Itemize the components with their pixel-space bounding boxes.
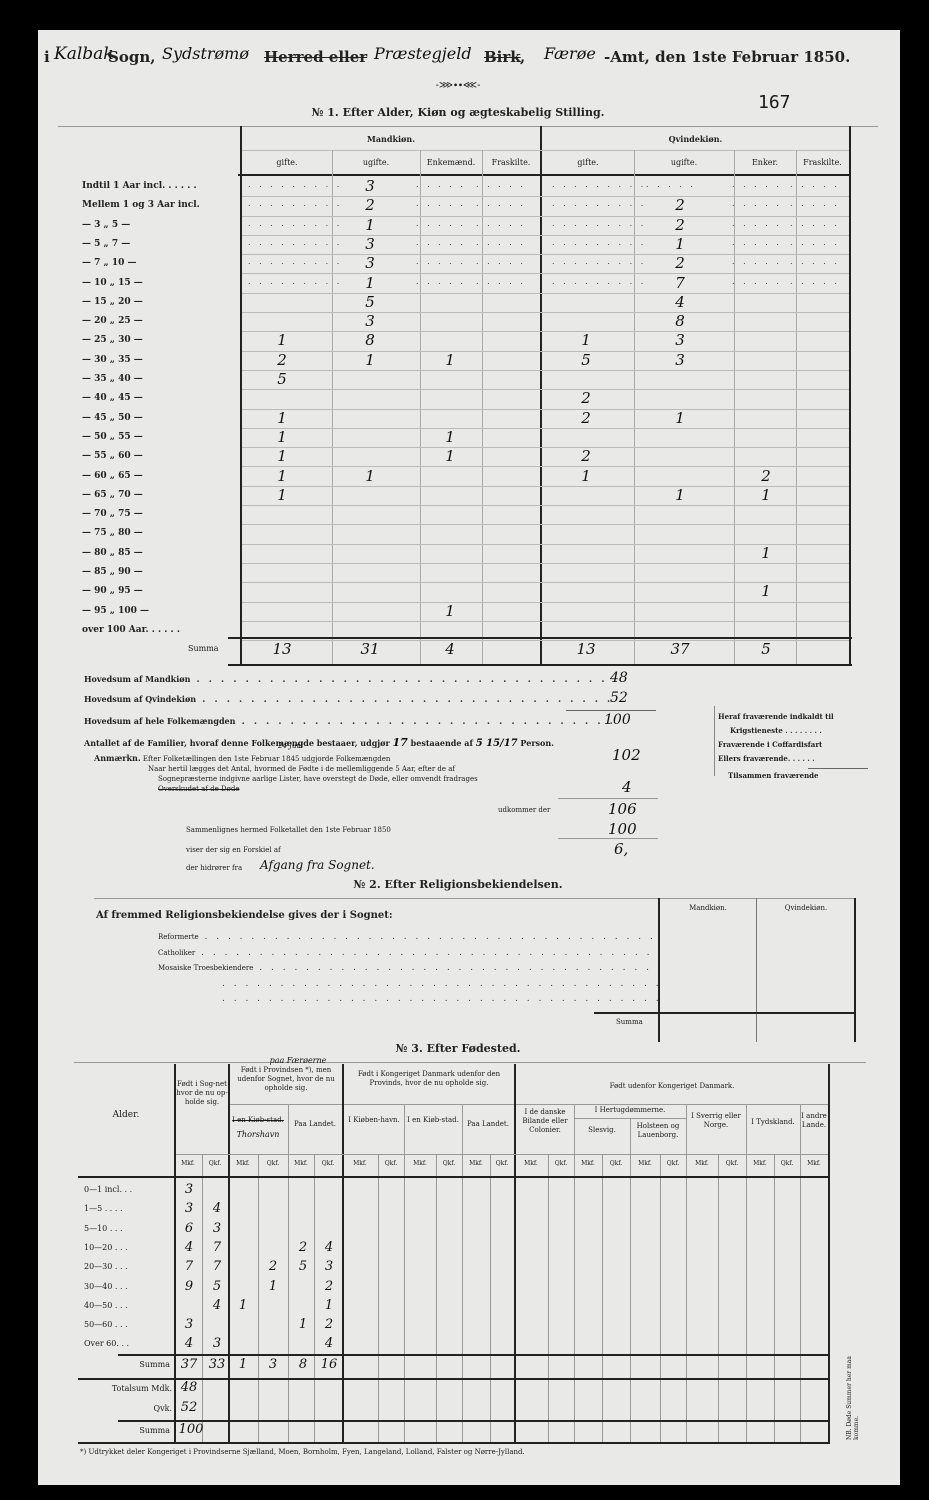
dotted-blank: . . . . . . . . . <box>248 180 342 189</box>
header-mkf: Mkf. <box>404 1160 436 1167</box>
table1-row: — 25 „ 30 —1813 <box>38 332 900 351</box>
col-mand-fraskilte: Fraskilte. <box>482 158 540 167</box>
header-paa-landet: Paa Landet. <box>288 1120 342 1128</box>
header-kjobstad-2: I en Kiøb-stad. <box>404 1116 462 1124</box>
age-label: — 85 „ 90 — <box>82 567 143 577</box>
table1-row: — 35 „ 40 —5 <box>38 371 900 390</box>
dotted-blank: . . . . . <box>790 180 840 189</box>
cell-value: 1 <box>660 486 700 504</box>
header-holsteen: Holsteen og Lauenborg. <box>630 1122 686 1140</box>
header-fodt-i-danmark: Født i Kongeriget Danmark udenfor den Pr… <box>344 1070 514 1088</box>
udkommer-value: 106 <box>608 800 637 818</box>
dotted-blank: . . . . . . . . . <box>248 238 342 247</box>
header-qkf: Qkf. <box>660 1160 686 1167</box>
dotted-blank: . . . . . <box>790 238 840 247</box>
cell-value: 3 <box>178 1317 200 1332</box>
summa2-label: Summa <box>108 1426 170 1435</box>
header-mkf: Mkf. <box>746 1160 774 1167</box>
dotted-blank: . . . . . <box>646 180 696 189</box>
cell-value: 2 <box>350 196 390 214</box>
age-label: over 100 Aar. . . . . . <box>82 625 180 635</box>
age-label: — 60 „ 65 — <box>82 471 143 481</box>
dotted-blank: . . . . . <box>790 219 840 228</box>
herred-handwritten: Sydstrømø <box>162 44 249 63</box>
cell-value: 1 <box>262 428 302 446</box>
table3-age-label: 30—40 . . . <box>84 1282 170 1291</box>
summa-qvinde-enker: 5 <box>746 640 786 658</box>
col-mand-enkemaend: Enkemænd. <box>420 158 482 167</box>
cell-value: 4 <box>318 1336 340 1351</box>
group-qvindekiøn: Qvindekiøn. <box>542 134 849 144</box>
summa-mand-ugifte: 31 <box>350 640 390 658</box>
cell-value: 8 <box>660 312 700 330</box>
header-qkf: Qkf. <box>378 1160 404 1167</box>
dotted-blank: . . . . . <box>790 199 840 208</box>
col-qvinde-fraskilte: Fraskilte. <box>796 158 849 167</box>
cell-value: 1 <box>746 486 786 504</box>
hovedsum-qvinde-label: Hovedsum af Qvindekiøn . . . . . . . . .… <box>84 694 614 705</box>
cell-value: 1 <box>262 467 302 485</box>
cell-value: 2 <box>318 1279 340 1294</box>
cell-value: 1 <box>292 1317 314 1332</box>
summa-value: 33 <box>206 1357 228 1372</box>
religion-row-blank-2: . . . . . . . . . . . . . . . . . . . . … <box>158 992 658 1008</box>
cell-value: 1 <box>430 602 470 620</box>
anm-value-overskud: 4 <box>622 778 632 796</box>
anmaerkning-block: Anmærkn. Efter Folketællingen den 1ste F… <box>94 753 614 794</box>
dotted-blank: . . . . . <box>416 257 466 266</box>
cell-value: 1 <box>350 467 390 485</box>
table1-row: — 80 „ 85 —1 <box>38 545 900 564</box>
header-mkf: Mkf. <box>574 1160 602 1167</box>
hovedsum-hele-label: Hovedsum af hele Folkemængden . . . . . … <box>84 716 614 727</box>
sammenlign-value: 100 <box>608 820 637 838</box>
table3-age-label: 10—20 . . . <box>84 1243 170 1252</box>
dotted-blank: . . . . . <box>416 199 466 208</box>
amt-handwritten: Færøe <box>544 44 596 63</box>
age-label: — 10 „ 15 — <box>82 278 143 288</box>
dotted-blank: . . . . . <box>732 180 782 189</box>
cell-value: 4 <box>660 293 700 311</box>
header-fodt-udenfor: Født udenfor Kongeriget Danmark. <box>516 1082 828 1090</box>
table3-age-label: 50—60 . . . <box>84 1320 170 1329</box>
age-label: — 5 „ 7 — <box>82 239 130 249</box>
table1-row: — 7 „ 10 —. . . . . . . . .3. . . . .. .… <box>38 255 900 274</box>
cell-value: 2 <box>660 216 700 234</box>
table1-row: — 15 „ 20 —54 <box>38 294 900 313</box>
hovedsum-hele-value: 100 <box>604 712 631 728</box>
dotted-blank: . . . . . . . . . <box>552 199 646 208</box>
cell-value: 1 <box>746 582 786 600</box>
age-label: — 65 „ 70 — <box>82 490 143 500</box>
header-bilande: I de danske Bilande eller Colonier. <box>516 1108 574 1135</box>
summa-value: 16 <box>318 1357 340 1372</box>
cell-value: 1 <box>746 544 786 562</box>
table2-rows: Reformerte . . . . . . . . . . . . . . .… <box>158 930 658 1008</box>
dotted-blank: . . . . . . . . . <box>552 257 646 266</box>
table1-row: — 45 „ 50 —121 <box>38 410 900 429</box>
census-form-page: i Kalbak Sogn, Sydstrømø Herred eller Pr… <box>38 30 900 1485</box>
table1-row: — 55 „ 60 —112 <box>38 448 900 467</box>
col-qvinde-ugifte: ugifte. <box>634 158 734 167</box>
totalsum-mdk-value: 48 <box>178 1380 200 1395</box>
anm-correction: 24 Juni <box>278 742 303 750</box>
col-mand-ugifte: ugifte. <box>332 158 420 167</box>
header-kjobenhavn: I Kiøben-havn. <box>344 1116 404 1124</box>
cell-value: 1 <box>232 1298 254 1313</box>
age-label: — 55 „ 60 — <box>82 451 143 461</box>
cell-value: 5 <box>262 370 302 388</box>
cell-value: 6 <box>178 1221 200 1236</box>
table2-title: № 2. Efter Religionsbekiendelsen. <box>298 878 618 891</box>
dotted-blank: . . . . . <box>732 238 782 247</box>
header-alder: Alder. <box>78 1110 174 1120</box>
table1-row: — 85 „ 90 — <box>38 564 900 583</box>
amt-date-label: -Amt, den 1ste Februar 1850. <box>604 48 850 66</box>
cell-value: 7 <box>660 274 700 292</box>
dotted-blank: . . . . . . . . . <box>248 219 342 228</box>
table3-age-label: 40—50 . . . <box>84 1301 170 1310</box>
dotted-blank: . . . . . <box>732 257 782 266</box>
cell-value: 3 <box>206 1221 228 1236</box>
summa-qvinde-gifte: 13 <box>566 640 606 658</box>
cell-value: 1 <box>430 447 470 465</box>
dotted-blank: . . . . . . . . . <box>248 277 342 286</box>
age-label: — 7 „ 10 — <box>82 258 137 268</box>
dotted-blank: . . . . . <box>476 219 526 228</box>
header-mkf: Mkf. <box>342 1160 378 1167</box>
cell-value: 4 <box>206 1201 228 1216</box>
age-label: — 45 „ 50 — <box>82 413 143 423</box>
header-mkf: Mkf. <box>686 1160 718 1167</box>
header-qkf: Qkf. <box>718 1160 746 1167</box>
dotted-blank: . . . . . <box>416 219 466 228</box>
cell-value: 4 <box>178 1240 200 1255</box>
age-label: — 50 „ 55 — <box>82 432 143 442</box>
summa-value: 1 <box>232 1357 254 1372</box>
cell-value: 3 <box>350 312 390 330</box>
header-mkf: Mkf. <box>514 1160 548 1167</box>
udkommer-label: udkommer der <box>498 806 550 814</box>
header-mkf: Mkf. <box>462 1160 490 1167</box>
cell-value: 3 <box>660 351 700 369</box>
header-fodt-i-sognet: Født i Sog-net hvor de nu op-holde sig. <box>176 1080 228 1107</box>
cell-value: 2 <box>566 389 606 407</box>
hidrorer-label: der hidrører fra <box>186 864 242 872</box>
table1-row: Mellem 1 og 3 Aar incl.. . . . . . . . .… <box>38 197 900 216</box>
summa2-value: 100 <box>178 1422 204 1437</box>
cell-value: 2 <box>566 409 606 427</box>
absent-box: Heraf fraværende indkaldt til Krigstiene… <box>718 710 878 783</box>
header-qkf: Qkf. <box>314 1160 342 1167</box>
dotted-blank: . . . . . <box>416 238 466 247</box>
cell-value: 1 <box>430 428 470 446</box>
table1-row: — 10 „ 15 —. . . . . . . . .1. . . . .. … <box>38 275 900 294</box>
dotted-blank: . . . . . <box>732 199 782 208</box>
cell-value: 9 <box>178 1279 200 1294</box>
table1-row: — 75 „ 80 — <box>38 525 900 544</box>
table3-age-label: 0—1 incl. . . <box>84 1185 170 1194</box>
table2-summa-label: Summa <box>616 1018 643 1026</box>
cell-value: 5 <box>566 351 606 369</box>
age-label: — 70 „ 75 — <box>82 509 143 519</box>
table3-age-label: Over 60. . . <box>84 1339 170 1348</box>
dotted-blank: . . . . . . . . . <box>552 238 646 247</box>
cell-value: 2 <box>262 1259 284 1274</box>
cell-value: 1 <box>350 351 390 369</box>
header-qkf: Qkf. <box>202 1160 228 1167</box>
table1-row: — 70 „ 75 — <box>38 506 900 525</box>
summa-qvinde-ugifte: 37 <box>660 640 700 658</box>
age-label: — 3 „ 5 — <box>82 220 130 230</box>
dotted-blank: . . . . . . . . . <box>552 180 646 189</box>
praestegjeld-handwritten: Præstegjeld <box>374 44 472 63</box>
age-label: — 90 „ 95 — <box>82 586 143 596</box>
table3-footnote: *) Udtrykket deler Kongeriget i Provinds… <box>80 1448 525 1456</box>
header-qkf: Qkf. <box>602 1160 630 1167</box>
sogn-handwritten: Kalbak <box>54 44 114 64</box>
header-qkf: Qkf. <box>436 1160 462 1167</box>
qvk-label: Qvk. <box>78 1404 172 1413</box>
cell-value: 5 <box>350 293 390 311</box>
table3-title: № 3. Efter Fødested. <box>358 1042 558 1055</box>
dotted-blank: . . . . . <box>416 180 466 189</box>
cell-value: 1 <box>350 216 390 234</box>
header-tydskland: I Tydskland. <box>746 1118 800 1126</box>
cell-value: 2 <box>318 1317 340 1332</box>
dotted-blank: . . . . . <box>790 277 840 286</box>
cell-value: 7 <box>206 1259 228 1274</box>
cell-value: 2 <box>660 254 700 272</box>
cell-value: 7 <box>206 1240 228 1255</box>
table2-col-qvindekiøn: Qvindekiøn. <box>758 904 854 912</box>
header-mkf: Mkf. <box>174 1160 202 1167</box>
cell-value: 1 <box>660 409 700 427</box>
anm-value-1845: 102 <box>612 746 641 764</box>
age-label: — 25 „ 30 — <box>82 335 143 345</box>
familier-label: Antallet af de Familier, hvoraf denne Fo… <box>84 736 554 749</box>
dotted-blank: . . . . . <box>732 219 782 228</box>
col-qvinde-gifte: gifte. <box>542 158 634 167</box>
age-label: Mellem 1 og 3 Aar incl. <box>82 200 200 210</box>
header-mkf: Mkf. <box>800 1160 828 1167</box>
table3-age-label: 1—5 . . . . <box>84 1204 170 1213</box>
cell-value: 3 <box>318 1259 340 1274</box>
qvk-value: 52 <box>178 1400 200 1415</box>
cell-value: 7 <box>178 1259 200 1274</box>
cell-value: 1 <box>262 447 302 465</box>
familier-value: 17 <box>393 736 408 749</box>
page-number: 167 <box>758 92 791 113</box>
religion-row-mosaiske: Mosaiske Troesbekiendere . . . . . . . .… <box>158 961 658 977</box>
birk-struck: Birk <box>484 48 521 66</box>
age-label: — 15 „ 20 — <box>82 297 143 307</box>
table1-row: Indtil 1 Aar incl. . . . . .. . . . . . … <box>38 178 900 197</box>
table1-row: — 40 „ 45 —2 <box>38 390 900 409</box>
dotted-blank: . . . . . . . . . <box>248 257 342 266</box>
cell-value: 1 <box>262 409 302 427</box>
religion-row-reformerte: Reformerte . . . . . . . . . . . . . . .… <box>158 930 658 946</box>
religion-row-catholiker: Catholiker . . . . . . . . . . . . . . .… <box>158 946 658 962</box>
table1-summa-label: Summa <box>188 644 219 653</box>
summa-value: 37 <box>178 1357 200 1372</box>
table1-row: — 5 „ 7 —. . . . . . . . .3. . . . .. . … <box>38 236 900 255</box>
table1-row: — 30 „ 35 —21153 <box>38 352 900 371</box>
dotted-blank: . . . . . <box>476 199 526 208</box>
header-sverrig: I Sverrig eller Norge. <box>686 1112 746 1130</box>
col-qvinde-enker: Enker. <box>734 158 796 167</box>
hovedsum-mand-value: 48 <box>610 670 628 686</box>
sammenlign-label: Sammenlignes hermed Folketallet den 1ste… <box>186 826 391 834</box>
cell-value: 2 <box>566 447 606 465</box>
cell-value: 2 <box>292 1240 314 1255</box>
cell-value: 3 <box>660 331 700 349</box>
sogn-label: Sogn, <box>108 48 155 66</box>
header-qkf: Qkf. <box>258 1160 288 1167</box>
cell-value: 3 <box>178 1201 200 1216</box>
table1-title: № 1. Efter Alder, Kiøn og ægteskabelig S… <box>238 106 678 119</box>
dotted-blank: . . . . . <box>790 257 840 266</box>
header-kjobstad: I en Kiøb-stad. <box>230 1116 286 1124</box>
cell-value: 3 <box>350 254 390 272</box>
cell-value: 1 <box>262 486 302 504</box>
cell-value: 4 <box>178 1336 200 1351</box>
group-mandkiøn: Mandkiøn. <box>242 134 540 144</box>
form-header: i Kalbak Sogn, Sydstrømø Herred eller Pr… <box>44 44 884 74</box>
cell-value: 1 <box>566 467 606 485</box>
hovedsum-qvinde-value: 52 <box>610 690 628 706</box>
col-mand-gifte: gifte. <box>242 158 332 167</box>
hovedsum-mand-label: Hovedsum af Mandkiøn . . . . . . . . . .… <box>84 674 614 685</box>
header-mkf: Mkf. <box>630 1160 660 1167</box>
dotted-blank: . . . . . <box>476 180 526 189</box>
forskiel-value: 6, <box>614 840 628 858</box>
table3-summa-label: Summa <box>108 1360 170 1369</box>
table1-row: — 65 „ 70 —111 <box>38 487 900 506</box>
summa-mand-gifte: 13 <box>262 640 302 658</box>
table1-row: — 60 „ 65 —1112 <box>38 468 900 487</box>
dotted-blank: . . . . . . . . . <box>248 199 342 208</box>
cell-value: 3 <box>206 1336 228 1351</box>
dotted-blank: . . . . . <box>476 257 526 266</box>
cell-value: 4 <box>206 1298 228 1313</box>
dotted-blank: . . . . . . . . . <box>552 219 646 228</box>
summa-value: 8 <box>292 1357 314 1372</box>
herred-label-struck: Herred eller <box>264 48 367 66</box>
header-fodt-i-provindsen: Født i Provindsen *), men udenfor Sognet… <box>230 1066 342 1093</box>
cell-value: 3 <box>178 1182 200 1197</box>
header-slesvig: Slesvig. <box>574 1126 630 1134</box>
provinds-handwritten: paa Færøerne <box>268 1056 328 1065</box>
header-mkf: Mkf. <box>288 1160 314 1167</box>
table3-age-label: 5—10 . . . <box>84 1224 170 1233</box>
table1-row: — 90 „ 95 —1 <box>38 583 900 602</box>
cell-value: 8 <box>350 331 390 349</box>
header-qkf: Qkf. <box>774 1160 800 1167</box>
age-label: — 95 „ 100 — <box>82 606 149 616</box>
dotted-blank: . . . . . <box>416 277 466 286</box>
cell-value: 1 <box>318 1298 340 1313</box>
totalsum-mdk-label: Totalsum Mdk. <box>78 1384 172 1393</box>
age-label: — 20 „ 25 — <box>82 316 143 326</box>
table1-row: — 50 „ 55 —11 <box>38 429 900 448</box>
hidrorer-value: Afgang fra Sognet. <box>260 858 375 872</box>
summa-mand-enkemaend: 4 <box>430 640 470 658</box>
age-label: — 75 „ 80 — <box>82 528 143 538</box>
age-label: — 40 „ 45 — <box>82 393 143 403</box>
summa-value: 3 <box>262 1357 284 1372</box>
header-andre-lande: I andre Lande. <box>800 1112 828 1130</box>
age-label: Indtil 1 Aar incl. . . . . . <box>82 181 197 191</box>
table2-col-mandkiøn: Mandkiøn. <box>660 904 756 912</box>
cell-value: 3 <box>350 235 390 253</box>
age-label: — 35 „ 40 — <box>82 374 143 384</box>
header-hertugdommerne: I Hertugdømmerne. <box>574 1106 686 1114</box>
cell-value: 5 <box>292 1259 314 1274</box>
cell-value: 3 <box>350 177 390 195</box>
cell-value: 1 <box>262 1279 284 1294</box>
dotted-blank: . . . . . . . . . <box>552 277 646 286</box>
cell-value: 1 <box>350 274 390 292</box>
table1-row: — 20 „ 25 —38 <box>38 313 900 332</box>
age-label: — 30 „ 35 — <box>82 355 143 365</box>
cell-value: 1 <box>566 331 606 349</box>
dotted-blank: . . . . . <box>732 277 782 286</box>
age-label: — 80 „ 85 — <box>82 548 143 558</box>
cell-value: 1 <box>430 351 470 369</box>
cell-value: 2 <box>660 196 700 214</box>
header-qkf: Qkf. <box>548 1160 574 1167</box>
dotted-blank: . . . . . <box>476 238 526 247</box>
header-qkf: Qkf. <box>490 1160 514 1167</box>
cell-value: 2 <box>746 467 786 485</box>
dotted-blank: . . . . . <box>476 277 526 286</box>
table1-row: — 3 „ 5 —. . . . . . . . .1. . . . .. . … <box>38 217 900 236</box>
forskiel-label: viser der sig en Forskiel af <box>186 846 281 854</box>
cell-value: 1 <box>660 235 700 253</box>
header-ornament: -⋙∙∙⋘- <box>398 80 518 91</box>
kjobstad-handwritten: Thorshavn <box>230 1130 286 1139</box>
person-value: 5 15/17 <box>476 738 518 749</box>
cell-value: 2 <box>262 351 302 369</box>
table1-row: — 95 „ 100 —1 <box>38 603 900 622</box>
table2-intro: Af fremmed Religionsbekiendelse gives de… <box>96 910 393 921</box>
cell-value: 1 <box>262 331 302 349</box>
table3-age-label: 20—30 . . . <box>84 1262 170 1271</box>
header-mkf: Mkf. <box>228 1160 258 1167</box>
religion-row-blank-1: . . . . . . . . . . . . . . . . . . . . … <box>158 977 658 993</box>
cell-value: 4 <box>318 1240 340 1255</box>
cell-value: 5 <box>206 1279 228 1294</box>
side-note: NB. Døde Summer her maa komme. <box>846 1350 860 1440</box>
header-paa-landet-2: Paa Landet. <box>462 1120 514 1128</box>
